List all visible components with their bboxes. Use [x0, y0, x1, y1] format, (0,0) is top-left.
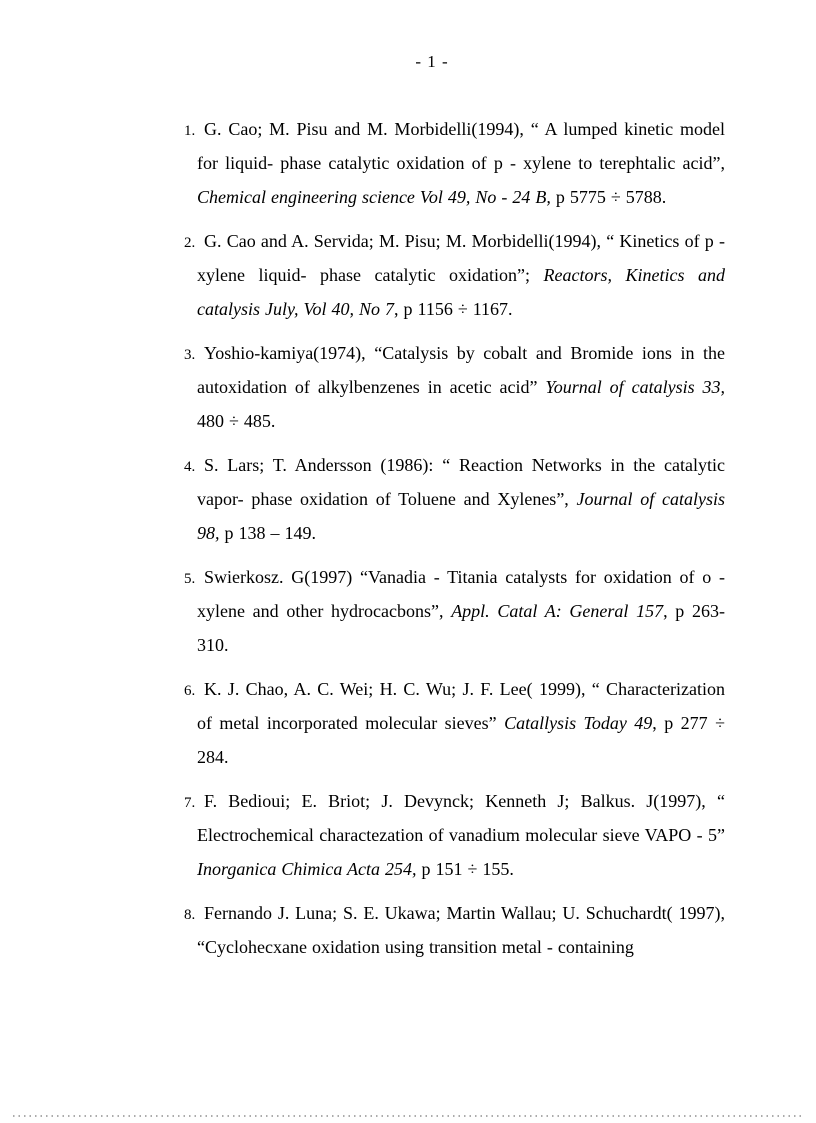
- reference-number: 5.: [184, 560, 197, 662]
- reference-item: 7. F. Bedioui; E. Briot; J. Devynck; Ken…: [184, 784, 725, 886]
- reference-journal: Inorganica Chimica Acta 254,: [197, 859, 416, 879]
- reference-text: Yoshio-kamiya(1974), “Catalysis by cobal…: [197, 336, 725, 438]
- page-number: - 1 -: [0, 52, 816, 72]
- reference-pre: Fernando J. Luna; S. E. Ukawa; Martin Wa…: [197, 903, 725, 957]
- page-break-divider: [13, 1115, 803, 1117]
- reference-post: , p 1156 ÷ 1167.: [394, 299, 513, 319]
- reference-list: 1. G. Cao; M. Pisu and M. Morbidelli(199…: [184, 112, 725, 974]
- reference-text: K. J. Chao, A. C. Wei; H. C. Wu; J. F. L…: [197, 672, 725, 774]
- reference-item: 2. G. Cao and A. Servida; M. Pisu; M. Mo…: [184, 224, 725, 326]
- reference-journal: Yournal of catalysis 33,: [545, 377, 725, 397]
- reference-text: G. Cao and A. Servida; M. Pisu; M. Morbi…: [197, 224, 725, 326]
- reference-post: 480 ÷ 485.: [197, 411, 275, 431]
- reference-post: p 151 ÷ 155.: [416, 859, 513, 879]
- document-page: - 1 - 1. G. Cao; M. Pisu and M. Morbidel…: [0, 0, 816, 1123]
- reference-text: F. Bedioui; E. Briot; J. Devynck; Kennet…: [197, 784, 725, 886]
- reference-journal: Chemical engineering science Vol 49, No …: [197, 187, 551, 207]
- reference-number: 1.: [184, 112, 197, 214]
- reference-number: 6.: [184, 672, 197, 774]
- reference-text: G. Cao; M. Pisu and M. Morbidelli(1994),…: [197, 112, 725, 214]
- reference-item: 3. Yoshio-kamiya(1974), “Catalysis by co…: [184, 336, 725, 438]
- reference-text: Fernando J. Luna; S. E. Ukawa; Martin Wa…: [197, 896, 725, 964]
- reference-text: S. Lars; T. Andersson (1986): “ Reaction…: [197, 448, 725, 550]
- reference-item: 8. Fernando J. Luna; S. E. Ukawa; Martin…: [184, 896, 725, 964]
- reference-journal: Appl. Catal A: General 157: [451, 601, 663, 621]
- reference-number: 2.: [184, 224, 197, 326]
- reference-text: Swierkosz. G(1997) “Vanadia - Titania ca…: [197, 560, 725, 662]
- reference-item: 1. G. Cao; M. Pisu and M. Morbidelli(199…: [184, 112, 725, 214]
- reference-item: 6. K. J. Chao, A. C. Wei; H. C. Wu; J. F…: [184, 672, 725, 774]
- reference-post: p 138 – 149.: [220, 523, 317, 543]
- reference-item: 4. S. Lars; T. Andersson (1986): “ React…: [184, 448, 725, 550]
- reference-item: 5. Swierkosz. G(1997) “Vanadia - Titania…: [184, 560, 725, 662]
- reference-number: 7.: [184, 784, 197, 886]
- reference-journal: Catallysis Today 49: [504, 713, 652, 733]
- reference-pre: F. Bedioui; E. Briot; J. Devynck; Kennet…: [197, 791, 725, 845]
- reference-number: 3.: [184, 336, 197, 438]
- reference-post: p 5775 ÷ 5788.: [551, 187, 666, 207]
- reference-number: 4.: [184, 448, 197, 550]
- reference-number: 8.: [184, 896, 197, 964]
- reference-pre: G. Cao; M. Pisu and M. Morbidelli(1994),…: [197, 119, 725, 173]
